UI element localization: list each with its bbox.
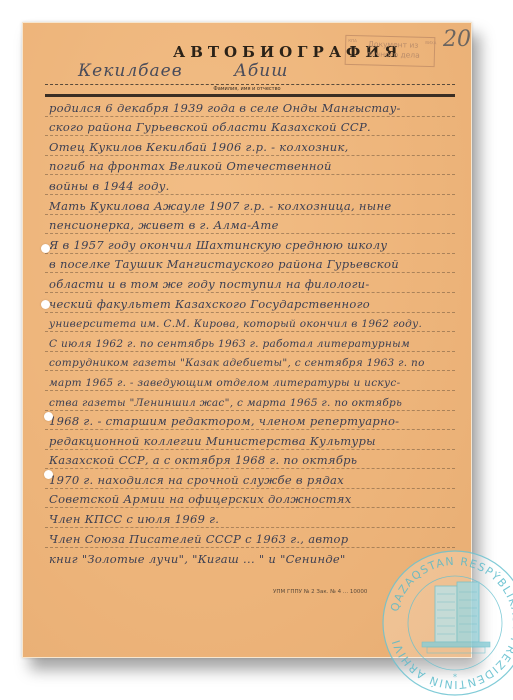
punch-hole [41,244,50,253]
line-text: войны в 1944 году. [49,179,170,193]
text-line: редакционной коллегии Министерства Культ… [45,430,455,450]
text-line: Отец Кукилов Кекилбай 1906 г.р. - колхоз… [45,136,455,156]
line-text: ческий факультет Казахского Государствен… [49,297,370,311]
line-text: сотрудником газеты "Казак адебиеты", с с… [49,357,425,369]
handwritten-body: родился 6 декабря 1939 года в селе Онды … [23,97,471,567]
text-line: области и в том же году поступил на фило… [45,273,455,293]
text-line: Я в 1957 году окончил Шахтинскую среднюю… [45,234,455,254]
name-rule [45,84,455,85]
line-text: С июля 1962 г. по сентябрь 1963 г. работ… [49,338,410,350]
text-line: сотрудником газеты "Казак адебиеты", с с… [45,352,455,372]
print-mark: УПМ ГППУ № 2 Зак. № 4 ... 10000 [273,589,367,595]
line-text: области и в том же году поступил на фило… [49,277,370,291]
line-text: ства газеты "Лениншил жас", с марта 1965… [49,397,402,409]
text-line: 1968 г. - старшим редактором, членом реп… [45,411,455,431]
text-line: Член Союза Писателей СССР с 1963 г., авт… [45,528,455,548]
text-line: в поселке Таушик Мангистауского района Г… [45,254,455,274]
line-text: март 1965 г. - заведующим отделом литера… [49,377,400,389]
svg-text:*: * [453,673,457,682]
surname: Кекилбаев [78,61,183,81]
given-name: Абиш [234,61,288,81]
text-line: погиб на фронтах Великой Отечественной [45,156,455,176]
name-caption: Фамилия, имя и отчество [23,86,471,92]
text-line: университета им. С.М. Кирова, который ок… [45,313,455,333]
line-text: родился 6 декабря 1939 года в селе Онды … [49,101,401,115]
line-text: погиб на фронтах Великой Отечественной [49,159,332,173]
text-line: март 1965 г. - заведующим отделом литера… [45,371,455,391]
text-line: С июля 1962 г. по сентябрь 1963 г. работ… [45,332,455,352]
text-line: ческий факультет Казахского Государствен… [45,293,455,313]
line-text: Советской Армии на офицерских должностях [49,492,352,506]
stamp-side-left: КПА [348,38,355,43]
punch-hole [44,470,53,479]
text-line: Советской Армии на офицерских должностях [45,489,455,509]
stamp-side-right: ВИХА [425,40,432,45]
line-text: Я в 1957 году окончил Шахтинскую среднюю… [49,238,387,252]
line-text: университета им. С.М. Кирова, который ок… [49,318,422,330]
text-line: Мать Кукилова Ажауле 1907 г.р. - колхозн… [45,195,455,215]
text-line: родился 6 декабря 1939 года в селе Онды … [45,97,455,117]
line-text: Мать Кукилова Ажауле 1907 г.р. - колхозн… [49,199,391,213]
text-line: ского района Гурьевской области Казахско… [45,117,455,137]
line-text: пенсионерка, живет в г. Алма-Ате [49,218,279,232]
line-text: Отец Кукилов Кекилбай 1906 г.р. - колхоз… [49,140,349,154]
punch-hole [44,412,53,421]
line-text: Казахской ССР, а с октября 1968 г. по ок… [49,453,357,467]
line-text: 1968 г. - старшим редактором, членом реп… [49,414,399,428]
line-text: ского района Гурьевской области Казахско… [49,120,371,134]
line-text: книг "Золотые лучи", "Кигаш ... " и "Сен… [49,552,346,566]
line-text: редакционной коллегии Министерства Культ… [49,434,376,448]
text-line: пенсионерка, живет в г. Алма-Ате [45,215,455,235]
line-text: в поселке Таушик Мангистауского района Г… [49,257,399,271]
name-line: Кекилбаев Абиш [78,61,288,81]
archive-stamp: КПА Документ из личного дела ВИХА [345,35,436,67]
archive-seal-icon: QAZAQSTAN RESPÝBLIKASY PREZIDENTINIŃ ARH… [380,548,513,698]
line-text: 1970 г. находился на срочной службе в ря… [49,473,344,487]
stamp-text: Документ из личного дела [360,39,427,61]
text-line: ства газеты "Лениншил жас", с марта 1965… [45,391,455,411]
text-line: Казахской ССР, а с октября 1968 г. по ок… [45,450,455,470]
text-line: Член КПСС с июля 1969 г. [45,508,455,528]
line-text: Член КПСС с июля 1969 г. [49,512,219,526]
punch-hole [41,300,50,309]
line-text: Член Союза Писателей СССР с 1963 г., авт… [49,532,348,546]
page-number: 20 [443,27,471,52]
text-line: войны в 1944 году. [45,175,455,195]
text-line: 1970 г. находился на срочной службе в ря… [45,469,455,489]
